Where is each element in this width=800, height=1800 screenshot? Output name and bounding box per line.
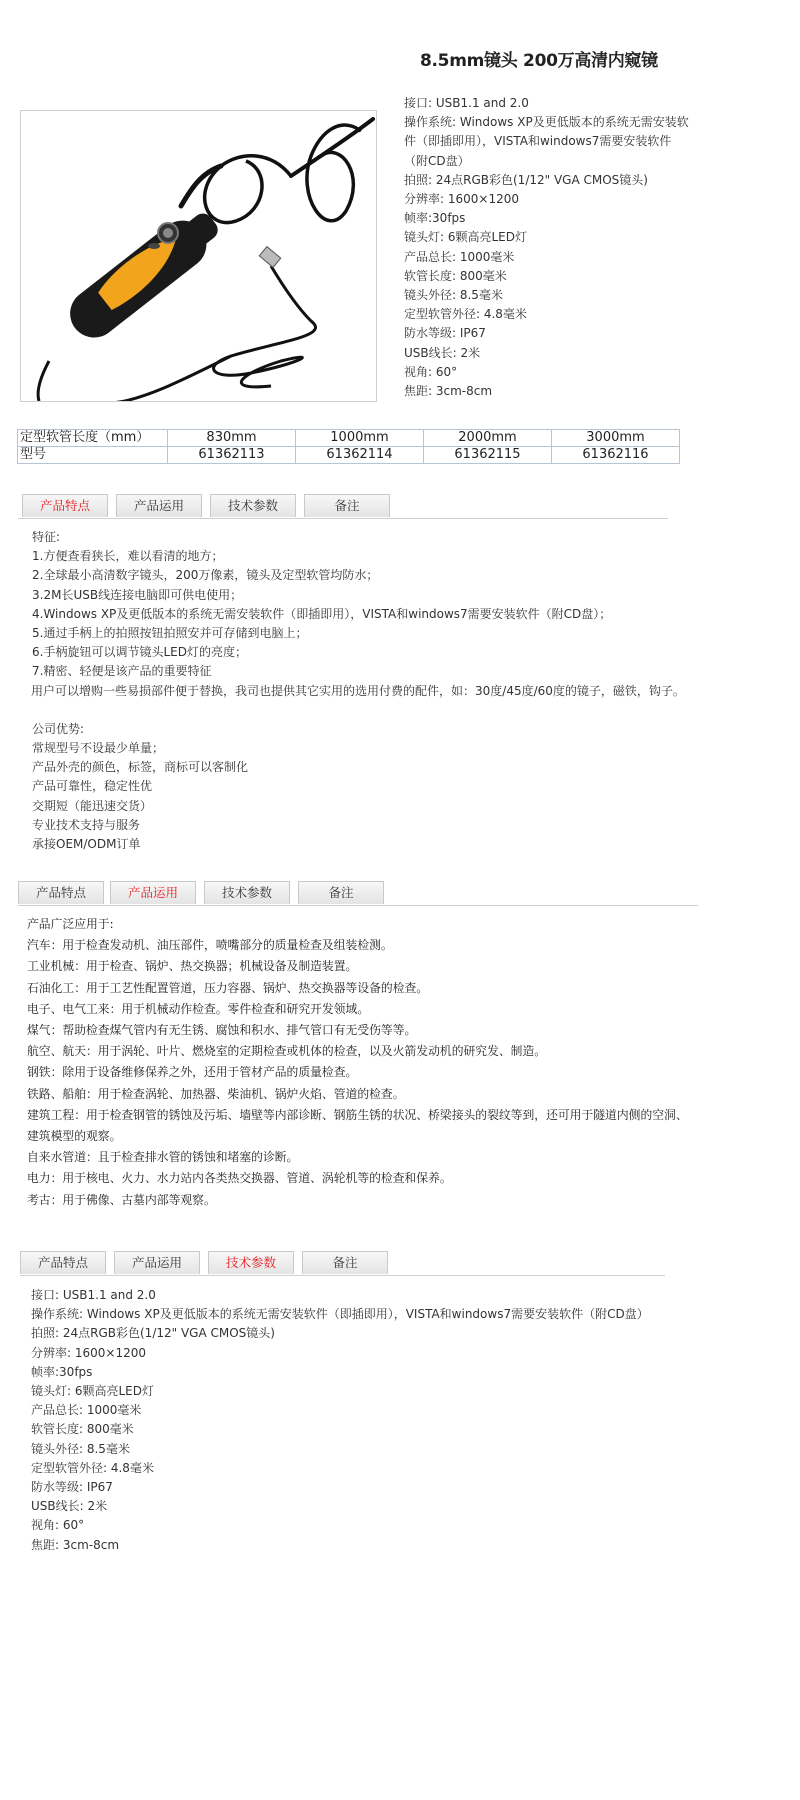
spec-item: 产品总长: 1000毫米 bbox=[404, 248, 694, 267]
param-item: 产品总长: 1000毫米 bbox=[31, 1401, 649, 1420]
table-row: 型号 61362113 61362114 61362115 61362116 bbox=[18, 447, 680, 464]
company-item: 产品外壳的颜色，标签，商标可以客制化 bbox=[32, 758, 685, 777]
company-item: 承接OEM/ODM订单 bbox=[32, 835, 685, 854]
applications-section: 产品广泛应用于: 汽车：用于检查发动机、油压部件，喷嘴部分的质量检查及组装检测。… bbox=[27, 914, 692, 1211]
application-item: 工业机械：用于检查、锅炉、热交换器；机械设备及制造装置。 bbox=[27, 956, 692, 977]
spec-item: 拍照: 24点RGB彩色(1/12" VGA CMOS镜头) bbox=[404, 171, 694, 190]
accessory-note: 用户可以增购一些易损部件便于替换，我司也提供其它实用的选用付费的配件，如：30度… bbox=[31, 682, 685, 701]
spec-item: 分辨率: 1600×1200 bbox=[404, 190, 694, 209]
feature-item: 2.全球最小高清数字镜头，200万像素，镜头及定型软管均防水； bbox=[32, 566, 685, 585]
tab-features[interactable]: 产品特点 bbox=[22, 494, 108, 517]
spec-item: 防水等级: IP67 bbox=[404, 324, 694, 343]
table-cell: 1000mm bbox=[296, 430, 424, 447]
table-cell: 61362115 bbox=[424, 447, 552, 464]
tab-features[interactable]: 产品特点 bbox=[18, 881, 104, 904]
spec-item: 镜头灯: 6颗高亮LED灯 bbox=[404, 228, 694, 247]
table-cell: 3000mm bbox=[552, 430, 680, 447]
param-item: 定型软管外径: 4.8毫米 bbox=[31, 1459, 649, 1478]
application-item: 电力：用于核电、火力、水力站内各类热交换器、管道、涡轮机等的检查和保养。 bbox=[27, 1168, 692, 1189]
param-item: 接口: USB1.1 and 2.0 bbox=[31, 1286, 649, 1305]
product-title: 8.5mm镜头 200万高清内窥镜 bbox=[420, 46, 700, 71]
features-section: 特征: 1.方便查看狭长，难以看清的地方； 2.全球最小高清数字镜头，200万像… bbox=[32, 528, 685, 854]
product-image bbox=[20, 110, 377, 402]
table-cell: 2000mm bbox=[424, 430, 552, 447]
tabbar-features: 产品特点 产品运用 技术参数 备注 bbox=[18, 494, 668, 519]
feature-item: 4.Windows XP及更低版本的系统无需安装软件（即插即用），VISTA和w… bbox=[32, 605, 685, 624]
spacer bbox=[32, 701, 685, 720]
feature-item: 6.手柄旋钮可以调节镜头LED灯的亮度； bbox=[32, 643, 685, 662]
application-item: 煤气：帮助检查煤气管内有无生锈、腐蚀和积水、排气管口有无受伤等等。 bbox=[27, 1020, 692, 1041]
row-label: 定型软管长度（mm） bbox=[18, 430, 168, 447]
tab-notes[interactable]: 备注 bbox=[298, 881, 384, 904]
company-item: 交期短（能迅速交货） bbox=[32, 797, 685, 816]
company-item: 常规型号不设最少单量； bbox=[32, 739, 685, 758]
spec-item: 帧率:30fps bbox=[404, 209, 694, 228]
tech-params-section: 接口: USB1.1 and 2.0 操作系统: Windows XP及更低版本… bbox=[31, 1286, 649, 1555]
tab-applications[interactable]: 产品运用 bbox=[114, 1251, 200, 1274]
table-cell: 61362113 bbox=[168, 447, 296, 464]
application-item: 建筑工程：用于检查钢管的锈蚀及污垢、墙壁等内部诊断、钢筋生锈的状况、桥梁接头的裂… bbox=[27, 1105, 692, 1147]
param-item: 焦距: 3cm-8cm bbox=[31, 1536, 649, 1555]
spec-item: 操作系统: Windows XP及更低版本的系统无需安装软件（即插即用），VIS… bbox=[404, 113, 694, 171]
table-row: 定型软管长度（mm） 830mm 1000mm 2000mm 3000mm bbox=[18, 430, 680, 447]
company-item: 专业技术支持与服务 bbox=[32, 816, 685, 835]
tab-notes[interactable]: 备注 bbox=[304, 494, 390, 517]
applications-heading: 产品广泛应用于: bbox=[27, 914, 692, 935]
feature-item: 3.2M长USB线连接电脑即可供电使用； bbox=[32, 586, 685, 605]
row-label: 型号 bbox=[18, 447, 168, 464]
table-cell: 830mm bbox=[168, 430, 296, 447]
endoscope-illustration bbox=[21, 111, 376, 401]
tab-tech-params[interactable]: 技术参数 bbox=[210, 494, 296, 517]
tab-notes[interactable]: 备注 bbox=[302, 1251, 388, 1274]
param-item: 分辨率: 1600×1200 bbox=[31, 1344, 649, 1363]
param-item: 防水等级: IP67 bbox=[31, 1478, 649, 1497]
feature-item: 1.方便查看狭长，难以看清的地方； bbox=[32, 547, 685, 566]
application-item: 考古：用于佛像、古墓内部等观察。 bbox=[27, 1190, 692, 1211]
tabbar-applications: 产品特点 产品运用 技术参数 备注 bbox=[18, 881, 698, 906]
company-heading: 公司优势: bbox=[32, 720, 685, 739]
application-item: 钢铁：除用于设备维修保养之外，还用于管材产品的质量检查。 bbox=[27, 1062, 692, 1083]
tab-tech-params[interactable]: 技术参数 bbox=[208, 1251, 294, 1274]
tab-features[interactable]: 产品特点 bbox=[20, 1251, 106, 1274]
tab-tech-params[interactable]: 技术参数 bbox=[204, 881, 290, 904]
features-heading: 特征: bbox=[32, 528, 685, 547]
spec-item: 接口: USB1.1 and 2.0 bbox=[404, 94, 694, 113]
company-item: 产品可靠性，稳定性优 bbox=[32, 777, 685, 796]
application-item: 电子、电气工来：用于机械动作检查。零件检查和研究开发领域。 bbox=[27, 999, 692, 1020]
param-item: 帧率:30fps bbox=[31, 1363, 649, 1382]
application-item: 自来水管道：且于检查排水管的锈蚀和堵塞的诊断。 bbox=[27, 1147, 692, 1168]
param-item: 视角: 60° bbox=[31, 1516, 649, 1535]
tab-applications[interactable]: 产品运用 bbox=[110, 881, 196, 904]
spec-list-top: 接口: USB1.1 and 2.0 操作系统: Windows XP及更低版本… bbox=[404, 94, 694, 401]
param-item: 软管长度: 800毫米 bbox=[31, 1420, 649, 1439]
tab-applications[interactable]: 产品运用 bbox=[116, 494, 202, 517]
model-table: 定型软管长度（mm） 830mm 1000mm 2000mm 3000mm 型号… bbox=[17, 429, 680, 464]
spec-item: 软管长度: 800毫米 bbox=[404, 267, 694, 286]
param-item: 镜头灯: 6颗高亮LED灯 bbox=[31, 1382, 649, 1401]
application-item: 汽车：用于检查发动机、油压部件，喷嘴部分的质量检查及组装检测。 bbox=[27, 935, 692, 956]
table-cell: 61362114 bbox=[296, 447, 424, 464]
spec-item: USB线长: 2米 bbox=[404, 344, 694, 363]
spec-item: 定型软管外径: 4.8毫米 bbox=[404, 305, 694, 324]
param-item: 镜头外径: 8.5毫米 bbox=[31, 1440, 649, 1459]
application-item: 铁路、船舶：用于检查涡轮、加热器、柴油机、锅炉火焰、管道的检查。 bbox=[27, 1084, 692, 1105]
table-cell: 61362116 bbox=[552, 447, 680, 464]
spec-item: 视角: 60° bbox=[404, 363, 694, 382]
spec-item: 镜头外径: 8.5毫米 bbox=[404, 286, 694, 305]
tabbar-tech-params: 产品特点 产品运用 技术参数 备注 bbox=[20, 1251, 665, 1276]
param-item: 操作系统: Windows XP及更低版本的系统无需安装软件（即插即用），VIS… bbox=[31, 1305, 649, 1324]
application-item: 石油化工：用于工艺性配置管道，压力容器、锅炉、热交换器等设备的检查。 bbox=[27, 978, 692, 999]
spec-item: 焦距: 3cm-8cm bbox=[404, 382, 694, 401]
feature-item: 7.精密、轻便是该产品的重要特征 bbox=[32, 662, 685, 681]
feature-item: 5.通过手柄上的拍照按钮拍照安并可存储到电脑上； bbox=[32, 624, 685, 643]
param-item: USB线长: 2米 bbox=[31, 1497, 649, 1516]
param-item: 拍照: 24点RGB彩色(1/12" VGA CMOS镜头) bbox=[31, 1324, 649, 1343]
application-item: 航空、航天：用于涡轮、叶片、燃烧室的定期检查或机体的检查，以及火箭发动机的研究发… bbox=[27, 1041, 692, 1062]
